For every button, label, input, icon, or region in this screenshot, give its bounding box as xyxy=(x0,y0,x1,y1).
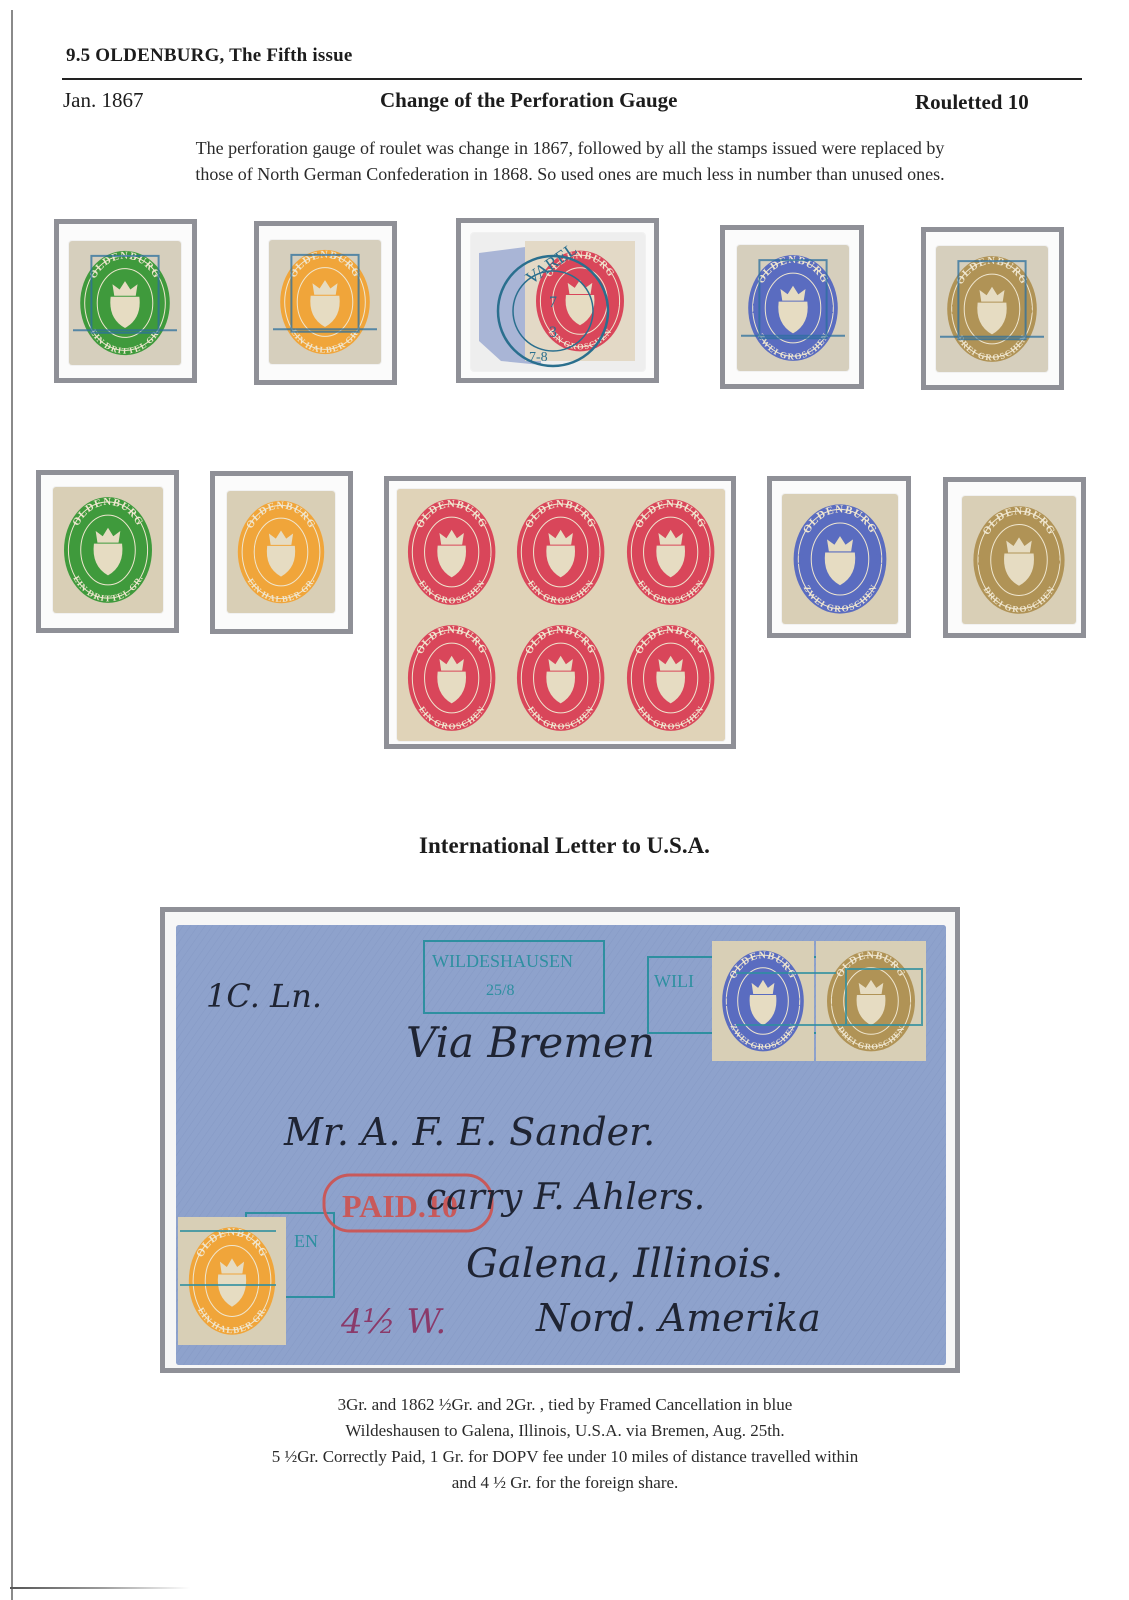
svg-text:Mr. A. F. E. Sander.: Mr. A. F. E. Sander. xyxy=(283,1110,655,1154)
block-stamp: OLDENBURG EIN GROSCHEN 1 1 xyxy=(397,615,506,741)
cover-caption: 3Gr. and 1862 ½Gr. and 2Gr. , tied by Fr… xyxy=(140,1392,990,1496)
svg-text:7: 7 xyxy=(549,294,557,311)
stamp-frame-used-2: OLDENBURG EIN HALBER GR. xyxy=(254,221,397,385)
cover-section-title: International Letter to U.S.A. xyxy=(0,833,1129,859)
svg-text:1: 1 xyxy=(484,545,492,561)
svg-text:1: 1 xyxy=(703,545,711,561)
svg-text:1: 1 xyxy=(613,294,620,310)
intro-line-1: The perforation gauge of roulet was chan… xyxy=(80,135,1060,161)
page-title: 9.5 OLDENBURG, The Fifth issue xyxy=(66,45,352,67)
svg-text:1: 1 xyxy=(521,545,529,561)
svg-text:7-8: 7-8 xyxy=(529,350,548,365)
intro-text: The perforation gauge of roulet was chan… xyxy=(80,135,1060,187)
stamp-frame-unused-4: OLDENBURG ZWEI GROSCHEN 2 2 xyxy=(767,476,911,638)
stamp-three-groschen-used: OLDENBURG DREI GROSCHEN 3 3 xyxy=(936,246,1048,372)
svg-text:25/8: 25/8 xyxy=(486,982,514,999)
stamp-one-groschen-on-piece: OLDENBURG EIN GROSCHEN 1 1 VAREL 7 3 7-8 xyxy=(471,233,645,371)
svg-text:carry F. Ahlers.: carry F. Ahlers. xyxy=(426,1177,705,1218)
intro-line-2: those of North German Confederation in 1… xyxy=(80,161,1060,187)
stamp-two-groschen-unused: OLDENBURG ZWEI GROSCHEN 2 2 xyxy=(782,494,898,624)
svg-text:1: 1 xyxy=(630,671,638,687)
stamp-two-groschen-used: OLDENBURG ZWEI GROSCHEN 2 2 xyxy=(737,245,849,371)
svg-text:WILDESHAUSEN: WILDESHAUSEN xyxy=(432,951,573,971)
svg-text:Galena, Illinois.: Galena, Illinois. xyxy=(466,1241,783,1287)
svg-text:EN: EN xyxy=(294,1231,318,1251)
stamp-frame-unused-5: OLDENBURG DREI GROSCHEN 3 3 xyxy=(943,477,1086,638)
letter-cover: WILDESHAUSEN 25/8 WILI EN OLDENBURG ZWEI… xyxy=(176,925,946,1365)
stamp-frame-used-5: OLDENBURG DREI GROSCHEN 3 3 xyxy=(921,227,1064,390)
stamp-one-third-groschen-used: OLDENBURG EIN DRITTEL GR. xyxy=(69,241,181,365)
svg-text:1: 1 xyxy=(703,671,711,687)
svg-text:Nord. Amerika: Nord. Amerika xyxy=(535,1296,821,1340)
svg-text:1: 1 xyxy=(484,671,492,687)
svg-text:1: 1 xyxy=(521,671,529,687)
svg-text:1: 1 xyxy=(540,294,547,310)
caption-line-2: Wildeshausen to Galena, Illinois, U.S.A.… xyxy=(140,1418,990,1444)
stamp-three-groschen-unused: OLDENBURG DREI GROSCHEN 3 3 xyxy=(962,496,1076,624)
stamp-frame-used-4: OLDENBURG ZWEI GROSCHEN 2 2 xyxy=(720,225,864,389)
svg-text:1: 1 xyxy=(594,545,602,561)
caption-line-3: 5 ½Gr. Correctly Paid, 1 Gr. for DOPV fe… xyxy=(140,1444,990,1470)
svg-text:2: 2 xyxy=(798,551,806,568)
svg-text:3: 3 xyxy=(1053,552,1061,569)
stamp-block-of-six-one-groschen: OLDENBURG EIN GROSCHEN 1 1 OLDENBURG EIN… xyxy=(397,489,725,741)
cover-stamp-three-groschen: OLDENBURG DREI GROSCHEN 3 3 xyxy=(816,941,926,1061)
svg-text:2: 2 xyxy=(793,994,800,1010)
caption-line-4: and 4 ½ Gr. for the foreign share. xyxy=(140,1470,990,1496)
svg-text:2: 2 xyxy=(875,551,883,568)
cover-stamp-two-groschen: OLDENBURG ZWEI GROSCHEN 2 2 xyxy=(712,941,814,1061)
block-stamp: OLDENBURG EIN GROSCHEN 1 1 xyxy=(616,489,725,615)
block-stamp: OLDENBURG EIN GROSCHEN 1 1 xyxy=(506,615,615,741)
perforation-label: Rouletted 10 xyxy=(915,90,1029,115)
stamp-frame-block: OLDENBURG EIN GROSCHEN 1 1 OLDENBURG EIN… xyxy=(384,476,736,749)
stamp-frame-unused-2: OLDENBURG EIN HALBER GR. xyxy=(210,471,353,634)
svg-text:1: 1 xyxy=(630,545,638,561)
stamp-half-groschen-used: OLDENBURG EIN HALBER GR. xyxy=(269,240,381,364)
caption-line-1: 3Gr. and 1862 ½Gr. and 2Gr. , tied by Fr… xyxy=(140,1392,990,1418)
section-subtitle: Change of the Perforation Gauge xyxy=(380,88,677,113)
svg-text:2: 2 xyxy=(726,994,733,1010)
issue-date: Jan. 1867 xyxy=(63,88,144,113)
svg-text:1: 1 xyxy=(412,671,420,687)
cover-stamp-half-groschen: OLDENBURG EIN HALBER GR. xyxy=(178,1217,286,1345)
stamp-half-groschen-unused: OLDENBURG EIN HALBER GR. xyxy=(227,491,335,613)
stamp-frame-used-3: OLDENBURG EIN GROSCHEN 1 1 VAREL 7 3 7-8 xyxy=(456,218,659,383)
svg-text:3: 3 xyxy=(904,994,911,1010)
stamp-frame-unused-1: OLDENBURG EIN DRITTEL GR. xyxy=(36,470,179,633)
stamp-one-third-groschen-unused: OLDENBURG EIN DRITTEL GR. xyxy=(53,487,163,613)
svg-text:1: 1 xyxy=(594,671,602,687)
page-margin-line xyxy=(11,10,13,1600)
svg-text:WILI: WILI xyxy=(654,971,694,991)
block-stamp: OLDENBURG EIN GROSCHEN 1 1 xyxy=(397,489,506,615)
block-stamp: OLDENBURG EIN GROSCHEN 1 1 xyxy=(616,615,725,741)
svg-text:3: 3 xyxy=(831,994,838,1010)
svg-text:Via Bremen: Via Bremen xyxy=(406,1018,655,1067)
stamp-frame-used-1: OLDENBURG EIN DRITTEL GR. xyxy=(54,219,197,383)
footer-line xyxy=(10,1587,190,1589)
title-rule xyxy=(62,78,1082,80)
svg-text:4½ W.: 4½ W. xyxy=(340,1302,446,1342)
svg-text:1: 1 xyxy=(412,545,420,561)
block-stamp: OLDENBURG EIN GROSCHEN 1 1 xyxy=(506,489,615,615)
svg-text:3: 3 xyxy=(549,324,557,341)
svg-text:3: 3 xyxy=(977,552,985,569)
svg-text:1C. Ln.: 1C. Ln. xyxy=(206,977,322,1015)
